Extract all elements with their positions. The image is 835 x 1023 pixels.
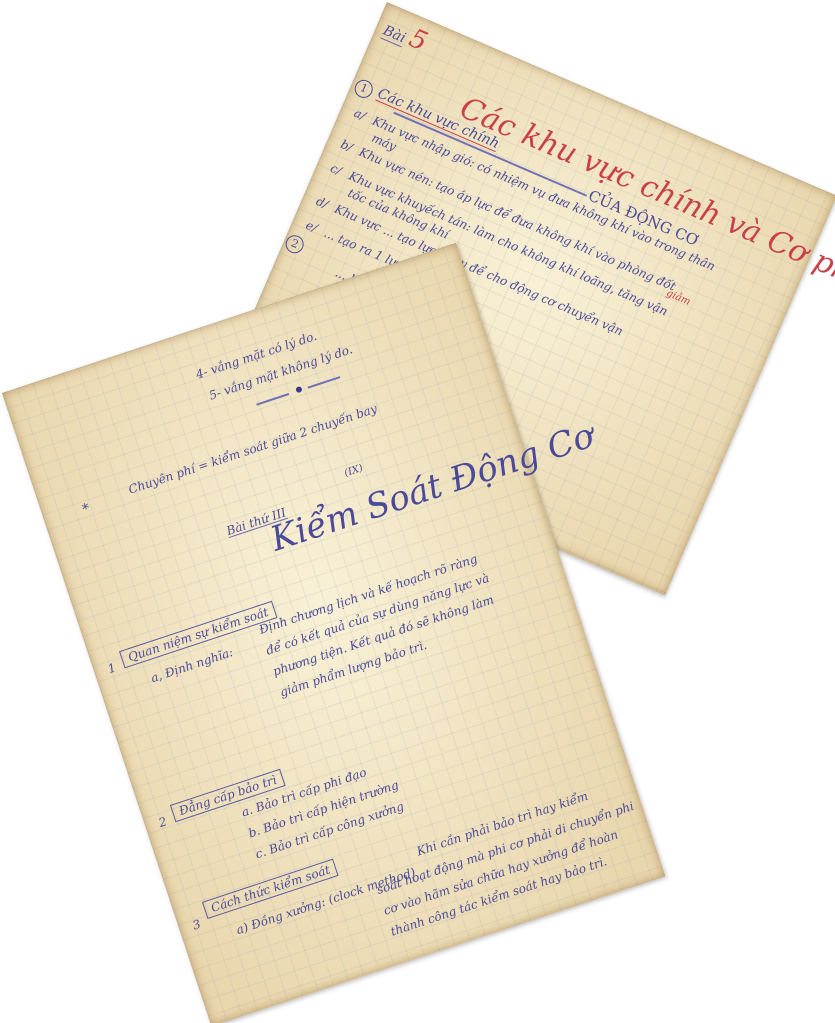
section-heading: Đẳng cấp bảo trì xyxy=(170,769,286,822)
item-marker: c/ xyxy=(329,162,344,177)
item-marker: a/ xyxy=(352,107,367,122)
circled-number: 1 xyxy=(352,77,376,101)
separator-dot xyxy=(295,386,303,394)
section-number: 2 xyxy=(157,815,168,829)
item-marker: d/ xyxy=(314,195,330,211)
section-number: 1 xyxy=(106,662,117,676)
item-marker: b/ xyxy=(339,138,355,154)
separator-rule xyxy=(307,376,340,388)
section-number: 3 xyxy=(191,918,202,932)
separator-rule xyxy=(256,393,289,405)
asterisk: * xyxy=(81,502,92,517)
lesson-number: 5 xyxy=(405,23,432,57)
circled-number: 2 xyxy=(283,232,307,256)
lesson-label-text: Bài xyxy=(380,23,408,48)
lesson-label: Bài 5 xyxy=(380,14,431,55)
section-1-number: 1 xyxy=(352,77,376,101)
section-2-number: 2 xyxy=(283,232,307,256)
item-marker: e/ xyxy=(304,219,319,234)
lesson-mark: (IX) xyxy=(343,464,364,479)
note-line: Chuyên phí = kiểm soát giữa 2 chuyến bay xyxy=(127,402,379,495)
